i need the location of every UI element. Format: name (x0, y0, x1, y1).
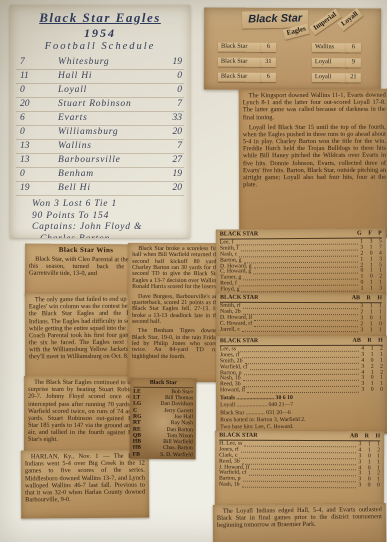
score-them: 20 (156, 126, 184, 139)
score-left: 6 (261, 43, 276, 52)
scrapbook-page: Black Star Eagles 1954 Football Schedule… (0, 0, 387, 542)
recap-barboursville: Dave Burgess, Barbourville's ace quarter… (132, 293, 220, 325)
score-us: 20 (16, 98, 46, 111)
box-score-rows: Lee, f 1 3 5 Smith, f 3 1 7 Nash, c 2 0 … (220, 239, 382, 293)
box-score-columns: AB R H (352, 339, 382, 345)
schedule-games: 7 Whitesburg 19 11 Hall Hi 0 0 Loyall 0 … (16, 56, 184, 196)
lineup-clipping: Black Star LE Bob Starr LT Bill Thomas L… (130, 378, 197, 460)
score-right: 21 (346, 73, 361, 82)
two-base-hits-note: Two base hits: Lee, C. Howard. (220, 424, 383, 431)
schedule-game-row: 0 Williamsburg 20 (16, 126, 184, 140)
lineup-title: Black Star (133, 380, 193, 388)
player-stats: 3 0 0 (358, 484, 380, 490)
team-left: Black Star (218, 58, 262, 67)
opponent-name: Barboursville (46, 154, 156, 167)
collage-score-row: Black Star 31 Loyall 9 (204, 57, 381, 73)
lineup-position: FB (133, 451, 144, 457)
box-score-row: Nash, 1b 3 0 0 (219, 483, 380, 490)
team-right: Loyall (312, 58, 348, 67)
team-right: Loyall (312, 73, 348, 82)
opponent-name: Williamsburg (46, 126, 156, 139)
clipping-text: HARLAN, Ky., Nov. 1 — The Loyall Indians… (25, 453, 145, 504)
clipping-headline: Black Star Wins (29, 247, 143, 256)
score-them: 33 (156, 112, 184, 125)
score-left: 31 (261, 58, 276, 67)
score-them: 0 (156, 70, 184, 83)
schedule-game-row: 20 Stuart Robinson 7 (16, 98, 184, 112)
score-them: 19 (156, 168, 184, 181)
score-us: 13 (16, 154, 46, 167)
schedule-game-row: 7 Whitesburg 19 (16, 56, 184, 70)
score-collage-clipping: Black Star Eagles Imperial Loyall Black … (204, 8, 381, 91)
score-left: 6 (261, 73, 276, 82)
stuart-robinson-clipping: The Black Star Eagles continued to be th… (24, 376, 147, 454)
collage-score-row: Black Star 6 Loyall 21 (204, 72, 381, 88)
lineup-player: S. D. Warfield (144, 452, 193, 459)
score-them: 27 (156, 154, 184, 167)
schedule-game-row: 19 Bell Hi 20 (16, 182, 184, 196)
box-score-b: BLACK STAR AB R H Smith, rf 3 1 1 Nash, … (216, 293, 386, 340)
team-right: Wallins (312, 43, 348, 52)
box-score-header: BLACK STAR AB R H (219, 434, 380, 442)
opponent-name: Benham (46, 168, 156, 181)
schedule-game-row: 0 Loyall 0 (16, 84, 184, 98)
schedule-game-row: 11 Hall Hi 0 (16, 70, 184, 84)
captains-line1: Captains: John Floyd & (32, 222, 190, 234)
score-them: 19 (156, 56, 184, 69)
player-name: Jarrell, c (220, 327, 240, 333)
recap-paragraph-2: Loyall led Black Star 15 until the top o… (243, 123, 386, 188)
box-score-rows: H. Lee, ss 3 1 1 Jones, rf 4 1 2 Clark, … (219, 441, 380, 489)
box-score-header: BLACK STAR G F P (220, 231, 382, 239)
collage-strip-imperial: Imperial (309, 9, 341, 35)
baseball-recap-clipping: The Kingsport downed Wallins 11-1, Evart… (239, 89, 387, 239)
schedule-game-row: 13 Barboursville 27 (16, 154, 184, 168)
season-record: Won 3 Lost 6 Tie 1 (32, 199, 190, 211)
recap-paragraph-1: The Kingsport downed Wallins 11-1, Evart… (243, 92, 386, 121)
box-score-columns: G F P (357, 231, 382, 237)
box-score-team: BLACK STAR (220, 339, 258, 345)
clipping-text: The only game that failed to end up in t… (29, 296, 143, 361)
opponent-name: Bell Hi (46, 182, 156, 195)
opponent-name: Wallins (46, 140, 156, 153)
rbi-note: Runs batted in: Barton 3, Warfield 2. (220, 416, 383, 423)
season-points: 90 Points To 154 (32, 211, 190, 223)
schedule-year: 1954 (10, 26, 190, 41)
score-us: 13 (16, 140, 46, 153)
lineup-row: FB S. D. Warfield (133, 451, 193, 458)
score-us: 6 (16, 112, 46, 125)
player-name: Nash, 1b (219, 483, 240, 489)
clipping-text: Black Star, with Cleo Parental at the he… (29, 255, 143, 277)
score-them: 20 (156, 182, 184, 195)
dotted-leader (242, 331, 358, 332)
score-us: 0 (16, 126, 46, 139)
opponent-name: Stuart Robinson (46, 98, 156, 111)
box-score-c: BLACK STAR AB R H Lee, ss 4 1 2 Jones, r… (216, 336, 387, 435)
game-recaps-clipping: Black Star broke a scoreless first half … (128, 243, 224, 382)
box-score-a: BLACK STAR G F P Lee, f 1 3 5 Smith, f 3… (216, 228, 386, 296)
player-stats: 1 1 3 (361, 287, 383, 293)
box-score-header: BLACK STAR AB R H (220, 296, 382, 303)
opponent-name: Hall Hi (46, 70, 156, 83)
score-them: 7 (156, 140, 184, 153)
collage-score-row: Black Star 6 Wallins 6 (204, 42, 381, 58)
clipping-text: The Black Star Eagles continued to be th… (28, 379, 143, 444)
handwritten-schedule-card: Black Star Eagles 1954 Football Schedule… (10, 5, 190, 238)
score-us: 0 (16, 168, 46, 181)
score-us: 19 (16, 182, 46, 195)
schedule-title: Black Star Eagles (10, 10, 190, 26)
box-score-header: BLACK STAR AB R H (220, 339, 383, 346)
score-us: 11 (16, 70, 46, 83)
score-us: 0 (16, 84, 46, 97)
schedule-game-row: 6 Evarts 33 (16, 112, 184, 126)
dotted-leader (242, 487, 357, 489)
box-score-team: BLACK STAR (220, 232, 258, 238)
schedule-subtitle: Football Schedule (10, 41, 190, 52)
box-score-team: BLACK STAR (220, 296, 258, 302)
collage-score-rows: Black Star 6 Wallins 6 Black Star 31 Loy… (204, 42, 381, 88)
box-score-columns: AB R H (352, 296, 382, 302)
team-left: Black Star (218, 73, 262, 82)
collage-strip-loyall: Loyall (337, 8, 363, 31)
box-score-columns: AB R H (350, 434, 380, 440)
box-score-row: Jarrell, c 3 1 1 (220, 327, 382, 333)
score-them: 7 (156, 98, 184, 111)
box-score-rows: Smith, rf 3 1 1 Nash, 2b 2 1 1 D. Howard… (220, 304, 382, 334)
opponent-name: Evarts (46, 112, 156, 125)
lineup-rows: LE Bob Starr LT Bill Thomas LG Dan David… (133, 388, 194, 458)
tournament-note-clipping: The Loyall Indians edged Hall, 5-4, and … (213, 503, 386, 542)
box-score-team: BLACK STAR (219, 434, 257, 440)
schedule-game-row: 13 Wallins 7 (16, 140, 184, 154)
score-us: 7 (16, 56, 46, 69)
score-right: 6 (346, 43, 361, 52)
recap-benham: The Benham Tigers downed Black Star, 19-… (132, 328, 220, 360)
captains-line2: Charles Barton (40, 234, 190, 239)
box-score-rows: Lee, ss 4 1 2 Jones, rf 3 1 1 Smith, 2b … (220, 347, 383, 395)
innings-line-black-star: Black Star ............. 031 20—6 (220, 409, 383, 416)
player-name: Howard, lf (220, 388, 245, 394)
clipping-text: The Loyall Indians edged Hall, 5-4, and … (217, 506, 382, 529)
score-them: 0 (156, 84, 184, 97)
player-stats: 3 1 1 (360, 328, 382, 334)
team-left: Black Star (218, 43, 262, 52)
opponent-name: Whitesburg (46, 56, 156, 69)
box-score-totals: Totals .......................... 30 6 1… (220, 395, 383, 402)
opponent-name: Loyall (46, 84, 156, 97)
recap-wallins: Black Star broke a scoreless first half … (132, 246, 220, 291)
harlan-dateline-clipping: HARLAN, Ky., Nov. 1 — The Loyall Indians… (21, 450, 149, 519)
score-right: 9 (346, 58, 361, 67)
innings-line-loyall: Loyall ..................... 040 21—7 (220, 402, 383, 409)
dotted-leader (247, 392, 359, 393)
box-score-d: BLACK STAR AB R H H. Lee, ss 3 1 1 Jones… (215, 431, 384, 508)
box-score-row: Howard, lf 3 0 0 (220, 388, 383, 394)
player-stats: 3 0 0 (361, 388, 383, 394)
schedule-game-row: 0 Benham 19 (16, 168, 184, 182)
